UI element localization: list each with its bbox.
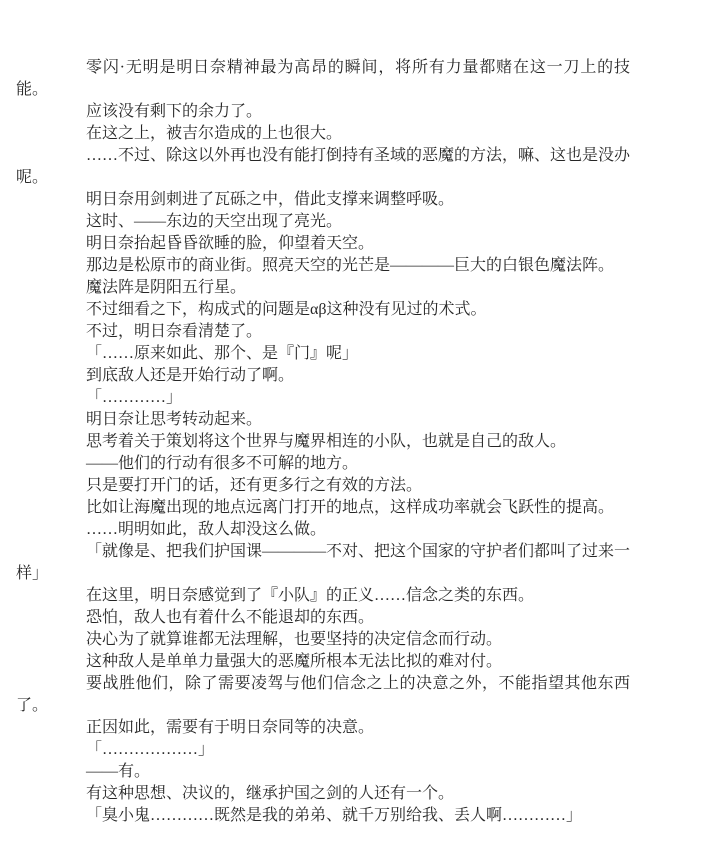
paragraph: 只是要打开门的话，还有更多行之有效的方法。 (16, 475, 630, 497)
paragraph: 在这之上，被吉尔造成的上也很大。 (16, 123, 630, 145)
paragraph: 「臭小鬼…………既然是我的弟弟、就千万别给我、丢人啊…………」 (16, 805, 630, 827)
paragraph: 零闪·无明是明日奈精神最为高昂的瞬间，将所有力量都赌在这一刀上的技能。 (16, 57, 630, 101)
paragraph: 应该没有剩下的余力了。 (16, 101, 630, 123)
paragraph: 在这里，明日奈感觉到了『小队』的正义……信念之类的东西。 (16, 585, 630, 607)
paragraph: 比如让海魔出现的地点远离门打开的地点，这样成功率就会飞跃性的提高。 (16, 497, 630, 519)
paragraph: 「……原来如此、那个、是『门』呢」 (16, 343, 630, 365)
paragraph: 明日奈让思考转动起来。 (16, 409, 630, 431)
paragraph: 这种敌人是单单力量强大的恶魔所根本无法比拟的难对付。 (16, 651, 630, 673)
paragraph: 恐怕，敌人也有着什么不能退却的东西。 (16, 607, 630, 629)
paragraph: ……明明如此，敌人却没这么做。 (16, 519, 630, 541)
paragraph: 明日奈用剑刺进了瓦砾之中，借此支撑来调整呼吸。 (16, 189, 630, 211)
paragraph: 魔法阵是阴阳五行星。 (16, 277, 630, 299)
paragraph: 「…………」 (16, 387, 630, 409)
paragraph: 那边是松原市的商业街。照亮天空的光芒是————巨大的白银色魔法阵。 (16, 255, 630, 277)
paragraph: ——他们的行动有很多不可解的地方。 (16, 453, 630, 475)
paragraph: 明日奈抬起昏昏欲睡的脸，仰望着天空。 (16, 233, 630, 255)
paragraph: 有这种思想、决议的，继承护国之剑的人还有一个。 (16, 783, 630, 805)
paragraph: 「………………」 (16, 739, 630, 761)
paragraph: ——有。 (16, 761, 630, 783)
text-body: 零闪·无明是明日奈精神最为高昂的瞬间，将所有力量都赌在这一刀上的技能。应该没有剩… (0, 0, 708, 827)
paragraph: 到底敌人还是开始行动了啊。 (16, 365, 630, 387)
paragraph: 正因如此，需要有于明日奈同等的决意。 (16, 717, 630, 739)
paragraph: 不过细看之下，构成式的问题是αβ这种没有见过的术式。 (16, 299, 630, 321)
document-page: 零闪·无明是明日奈精神最为高昂的瞬间，将所有力量都赌在这一刀上的技能。应该没有剩… (0, 0, 708, 850)
paragraph: 这时、——东边的天空出现了亮光。 (16, 211, 630, 233)
paragraph: ……不过、除这以外再也没有能打倒持有圣域的恶魔的方法，嘛、这也是没办呢。 (16, 145, 630, 189)
paragraph: 「就像是、把我们护国课————不对、把这个国家的守护者们都叫了过来一样」 (16, 541, 630, 585)
paragraph: 决心为了就算谁都无法理解，也要坚持的决定信念而行动。 (16, 629, 630, 651)
paragraph: 不过，明日奈看清楚了。 (16, 321, 630, 343)
paragraph: 要战胜他们，除了需要凌驾与他们信念之上的决意之外，不能指望其他东西了。 (16, 673, 630, 717)
paragraph: 思考着关于策划将这个世界与魔界相连的小队，也就是自己的敌人。 (16, 431, 630, 453)
